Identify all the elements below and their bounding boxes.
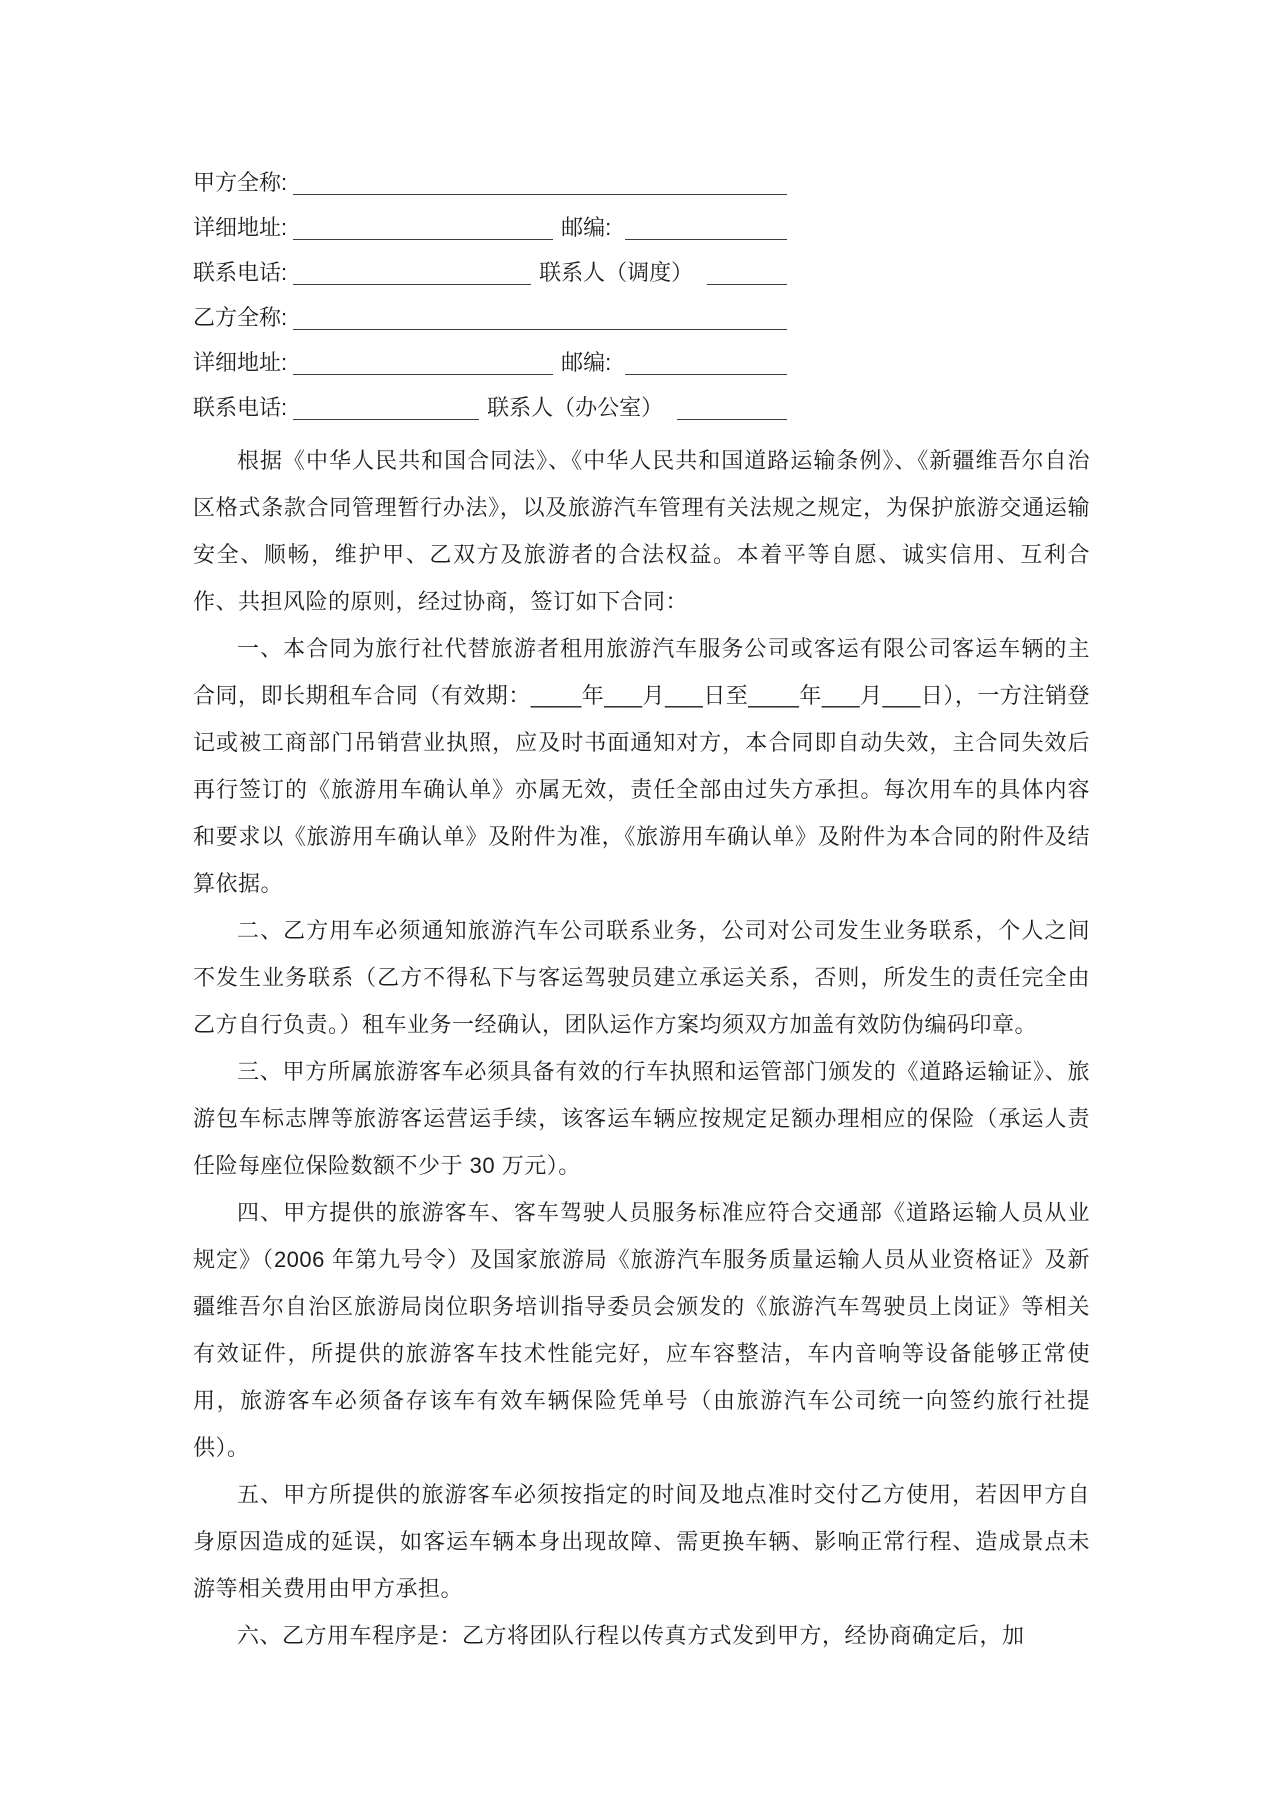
field-label-party-b-contact-office: 联系人（办公室） (487, 396, 663, 420)
field-label-party-b-postcode: 邮编: (561, 351, 611, 375)
clause-5-paragraph: 五、甲方所提供的旅游客车必须按指定的时间及地点准时交付乙方使用，若因甲方自身原因… (193, 1471, 1090, 1612)
field-label-party-a-address: 详细地址: (193, 216, 287, 240)
clause-6-paragraph: 六、乙方用车程序是：乙方将团队行程以传真方式发到甲方，经协商确定后，加 (193, 1612, 1090, 1659)
contract-text: 根据《中华人民共和国合同法》、《中华人民共和国道路运输条例》、《新疆维吾尔自治区… (193, 437, 1090, 1659)
party-a-address-blank (293, 213, 553, 240)
party-a-phone-blank (293, 258, 531, 285)
field-label-party-a-phone: 联系电话: (193, 261, 287, 285)
party-b-address-blank (293, 348, 553, 375)
contract-document-page: 甲方全称: 详细地址: 邮编: 联系电话: 联系人（调度） 乙方全称: 详细 (0, 0, 1280, 1810)
document-body: 甲方全称: 详细地址: 邮编: 联系电话: 联系人（调度） 乙方全称: 详细 (193, 155, 1090, 1659)
clause-1-paragraph: 一、本合同为旅行社代替旅游者租用旅游汽车服务公司或客运有限公司客运车辆的主合同，… (193, 625, 1090, 907)
field-label-party-a-postcode: 邮编: (561, 216, 611, 240)
clause-4-paragraph: 四、甲方提供的旅游客车、客车驾驶人员服务标准应符合交通部《道路运输人员从业规定》… (193, 1189, 1090, 1471)
field-label-party-b-address: 详细地址: (193, 351, 287, 375)
form-row-party-b-phone: 联系电话: 联系人（办公室） (193, 380, 787, 425)
field-label-party-b-phone: 联系电话: (193, 396, 287, 420)
form-row-party-a-name: 甲方全称: (193, 155, 787, 200)
form-row-party-a-address: 详细地址: 邮编: (193, 200, 787, 245)
party-a-postcode-blank (625, 213, 787, 240)
party-b-phone-blank (293, 393, 479, 420)
party-info-form: 甲方全称: 详细地址: 邮编: 联系电话: 联系人（调度） 乙方全称: 详细 (193, 155, 787, 425)
field-label-party-b-name: 乙方全称: (193, 306, 287, 330)
clause-3-paragraph: 三、甲方所属旅游客车必须具备有效的行车执照和运管部门颁发的《道路运输证》、旅游包… (193, 1048, 1090, 1189)
party-b-name-blank (293, 303, 787, 330)
intro-paragraph: 根据《中华人民共和国合同法》、《中华人民共和国道路运输条例》、《新疆维吾尔自治区… (193, 437, 1090, 625)
form-row-party-b-address: 详细地址: 邮编: (193, 335, 787, 380)
party-a-contact-blank (707, 258, 787, 285)
party-a-name-blank (293, 168, 787, 195)
field-label-party-a-contact-dispatch: 联系人（调度） (539, 261, 693, 285)
clause-2-paragraph: 二、乙方用车必须通知旅游汽车公司联系业务，公司对公司发生业务联系，个人之间不发生… (193, 907, 1090, 1048)
party-b-postcode-blank (625, 348, 787, 375)
field-label-party-a-name: 甲方全称: (193, 171, 287, 195)
form-row-party-b-name: 乙方全称: (193, 290, 787, 335)
form-row-party-a-phone: 联系电话: 联系人（调度） (193, 245, 787, 290)
party-b-contact-blank (677, 393, 787, 420)
